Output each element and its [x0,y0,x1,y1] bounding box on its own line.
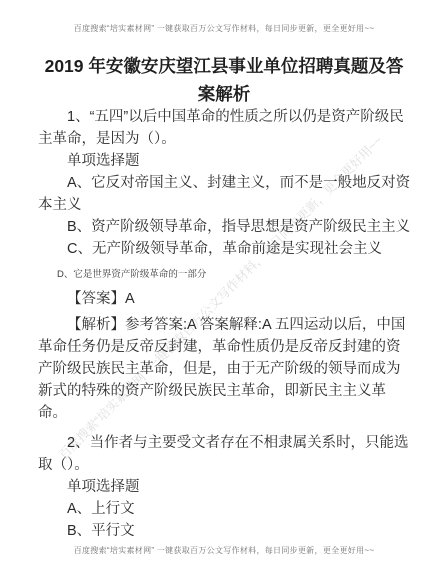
question-1-option-a: A、它反对帝国主义、封建主义，而不是一般地反对资本主义 [38,172,412,216]
document-title: 2019 年安徽安庆望江县事业单位招聘真题及答案解析 [38,52,410,108]
question-1-option-b: B、资产阶级领导革命，指导思想是资产阶级民主主义 [38,216,412,238]
question-1-stem: 1、“五四”以后中国革命的性质之所以仍是资产阶级民主革命，是因为（）。 [38,106,412,150]
question-2-type-label: 单项选择题 [38,476,412,498]
question-2-option-a: A、上行文 [38,498,412,520]
document-page: 百度搜索“培实素材网” 一键获取百万公文写作材料，每日同步更新，更全更好用~~ … [0,0,448,580]
question-2-option-b: B、平行文 [38,520,412,542]
question-1-type-label: 单项选择题 [38,150,412,172]
question-1-option-d: D、它是世界资产阶级革命的一部分 [38,268,412,282]
question-2-stem: 2、当作者与主要受文者存在不相隶属关系时，只能选取（）。 [38,432,412,476]
document-body: 1、“五四”以后中国革命的性质之所以仍是资产阶级民主革命，是因为（）。 单项选择… [38,106,412,542]
header-promo-text: 百度搜索“培实素材网” 一键获取百万公文写作材料，每日同步更新，更全更好用~~ [0,23,448,34]
question-1-analysis: 【解析】参考答案:A 答案解释:A 五四运动以后，中国革命任务仍是反帝反封建，革… [38,314,412,424]
question-1-answer: 【答案】A [38,288,412,310]
footer-promo-text: 百度搜索“培实素材网” 一键获取百万公文写作材料，每日同步更新，更全更好用~~ [0,545,448,556]
question-1-option-c: C、无产阶级领导革命，革命前途是实现社会主义 [38,238,412,260]
